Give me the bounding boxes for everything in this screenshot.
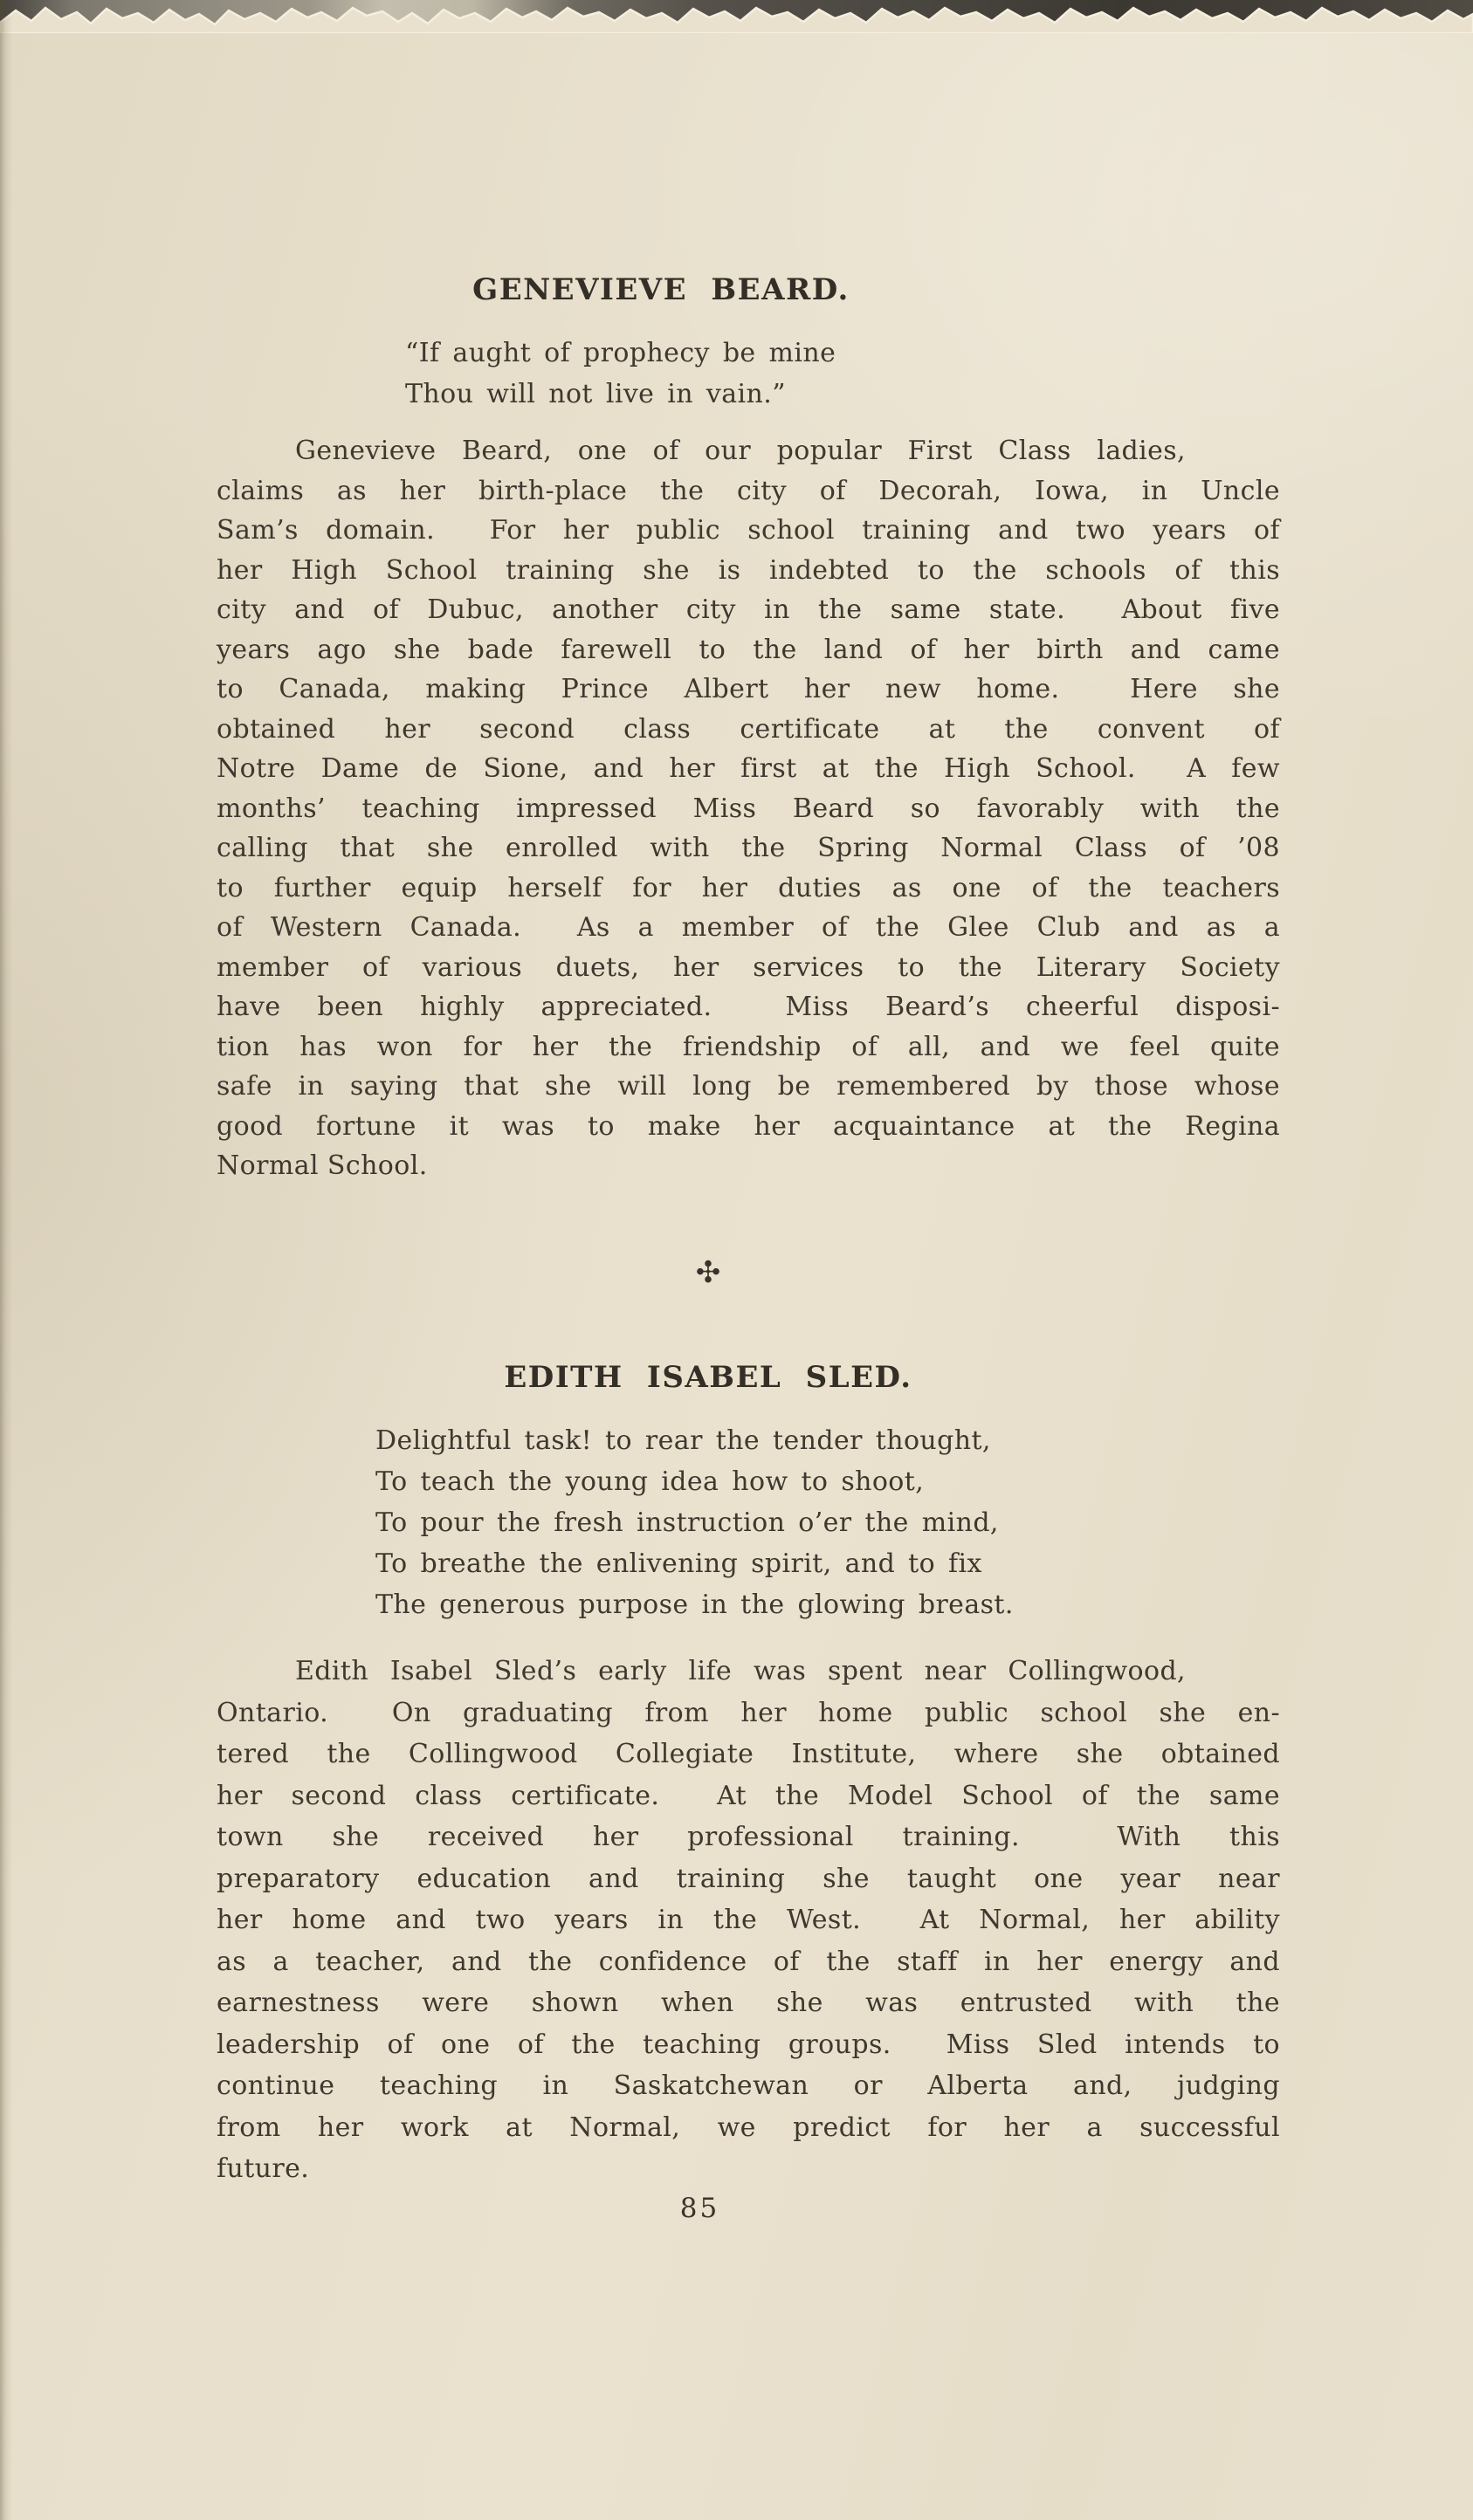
text-line: good fortune it was to make her acquaint… <box>217 1107 1280 1147</box>
text-line: To teach the young idea how to shoot, <box>375 1461 1439 1502</box>
biography-paragraph: Edith Isabel Sled’s early life was spent… <box>217 1651 1280 2190</box>
scan-top-edge <box>0 0 1473 33</box>
text-line: claims as her birth-place the city of De… <box>217 471 1280 512</box>
torn-paper-edge <box>0 0 1473 33</box>
text-line: continue teaching in Saskatchewan or Alb… <box>217 2065 1280 2107</box>
entry-heading: EDITH ISABEL SLED. <box>176 1360 1240 1395</box>
text-line: tion has won for her the friendship of a… <box>217 1027 1280 1068</box>
text-line: from her work at Normal, we predict for … <box>217 2107 1280 2149</box>
text-line: To pour the fresh instruction o’er the m… <box>375 1502 1439 1543</box>
text-line: as a teacher, and the confidence of the … <box>217 1941 1280 1983</box>
text-line: preparatory education and training she t… <box>217 1858 1280 1900</box>
text-line: her High School training she is indebted… <box>217 551 1280 591</box>
text-line: city and of Dubuc, another city in the s… <box>217 590 1280 630</box>
text-line: safe in saying that she will long be rem… <box>217 1067 1280 1107</box>
text-line: “If aught of prophecy be mine <box>405 333 1469 374</box>
text-line: her second class certificate. At the Mod… <box>217 1775 1280 1817</box>
verse-quote-block: “If aught of prophecy be mineThou will n… <box>217 333 1469 415</box>
biography-paragraph: Genevieve Beard, one of our popular Firs… <box>217 431 1280 1186</box>
text-line: Sam’s domain. For her public school trai… <box>217 511 1280 551</box>
text-line: future. <box>217 2148 1280 2190</box>
text-line: tered the Collingwood Collegiate Institu… <box>217 1734 1280 1775</box>
text-line: have been highly appreciated. Miss Beard… <box>217 987 1280 1027</box>
text-line: The generous purpose in the glowing brea… <box>375 1584 1439 1625</box>
page-binding-shadow <box>0 0 12 2520</box>
text-line: Ontario. On graduating from her home pub… <box>217 1693 1280 1734</box>
text-line: Edith Isabel Sled’s early life was spent… <box>217 1651 1280 1693</box>
text-line: to further equip herself for her duties … <box>217 869 1280 909</box>
text-line: calling that she enrolled with the Sprin… <box>217 828 1280 869</box>
text-line: obtained her second class certificate at… <box>217 710 1280 750</box>
page-number: 85 <box>0 2193 1436 2224</box>
section-divider-ornament-icon: ✣ <box>176 1255 1240 1290</box>
entry-heading: GENEVIEVE BEARD. <box>129 272 1193 307</box>
text-line: Normal School. <box>217 1146 1280 1186</box>
text-line: earnestness were shown when she was entr… <box>217 1982 1280 2024</box>
text-line: Genevieve Beard, one of our popular Firs… <box>217 431 1280 471</box>
scanned-book-page: GENEVIEVE BEARD. “If aught of prophecy b… <box>0 0 1473 2520</box>
text-line: Thou will not live in vain.” <box>405 374 1469 415</box>
text-line: Delightful task! to rear the tender thou… <box>375 1420 1439 1461</box>
text-line: member of various duets, her services to… <box>217 948 1280 988</box>
text-line: years ago she bade farewell to the land … <box>217 630 1280 670</box>
text-line: of Western Canada. As a member of the Gl… <box>217 908 1280 948</box>
text-line: leadership of one of the teaching groups… <box>217 2024 1280 2066</box>
verse-quote-block: Delightful task! to rear the tender thou… <box>217 1420 1439 1625</box>
text-line: to Canada, making Prince Albert her new … <box>217 669 1280 710</box>
text-line: months’ teaching impressed Miss Beard so… <box>217 789 1280 829</box>
text-line: town she received her professional train… <box>217 1816 1280 1858</box>
text-line: her home and two years in the West. At N… <box>217 1899 1280 1941</box>
text-line: To breathe the enlivening spirit, and to… <box>375 1543 1439 1584</box>
text-line: Notre Dame de Sione, and her first at th… <box>217 749 1280 789</box>
